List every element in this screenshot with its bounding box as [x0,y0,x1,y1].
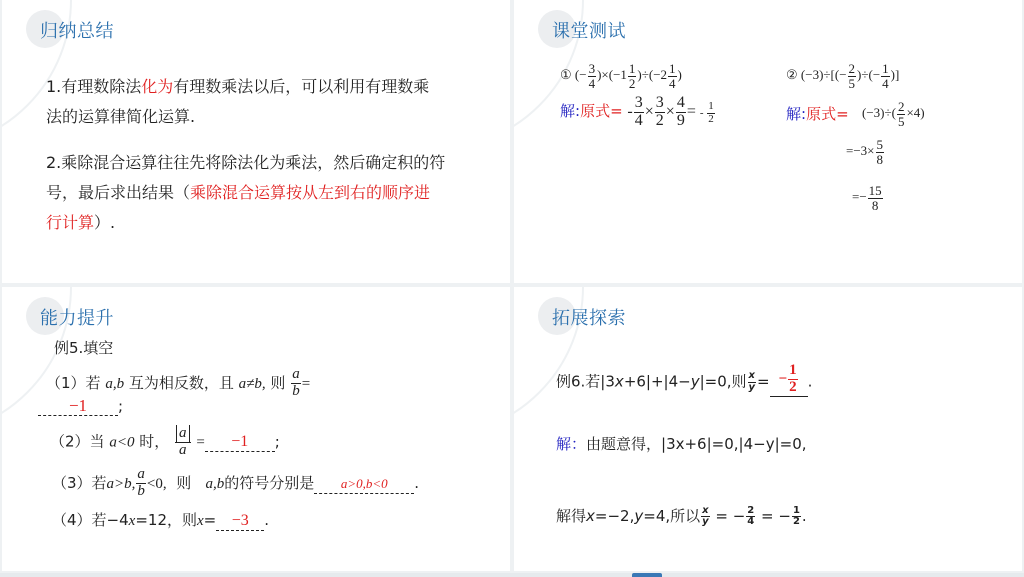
answer-blank: −3 [216,512,264,531]
explore-panel: 拓展探索 例6.若|3x+6|+|4−y|=0,则xy=−12. 解：由题意得，… [514,287,1022,571]
quiz-question-1: ① (−34)×(−112)÷(−214) [560,62,682,90]
ability-item-1-answer: −1; [38,397,123,416]
quiz-solution-2-step-1: (−3)÷(25×4) [862,100,925,128]
quiz-solution-2-step-3: =−158 [852,184,884,212]
answer-blank: −1 [38,397,118,416]
ability-title: 能力提升 [40,304,114,330]
ability-item-2: （2）当 a<0 时， aa =−1; [50,425,280,459]
bottom-accent-tab [632,573,662,577]
quiz-panel: 课堂测试 ① (−34)×(−112)÷(−214) 解:原式= -34×32×… [514,0,1022,283]
highlight-text: 化为 [141,77,173,96]
answer-blank: −12 [770,363,808,397]
summary-point-1: 1.有理数除法化为有理数乘法以后，可以利用有理数乘 法的运算律简化运算. [46,72,486,132]
summary-point-2: 2.乘除混合运算往往先将除法化为乘法，然后确定积的符 号，最后求出结果（乘除混合… [46,148,496,238]
highlight-text: 乘除混合运算按从左到右的顺序进 [190,183,430,202]
ability-panel: 能力提升 例5.填空 （1）若 a,b 互为相反数，且 a≠b, 则 ab= −… [2,287,510,571]
quiz-title: 课堂测试 [552,17,626,43]
quiz-solution-1: 解:原式= -34×32×49= - 12 [560,95,716,130]
answer-blank: −1 [205,433,275,452]
example-5-label: 例5.填空 [54,333,113,363]
quiz-question-2: ② (−3)÷[(−25)÷(−14)] [786,62,899,90]
summary-panel: 归纳总结 1.有理数除法化为有理数乘法以后，可以利用有理数乘 法的运算律简化运算… [2,0,510,283]
quiz-solution-2: 解:原式= [786,103,849,124]
ability-item-1: （1）若 a,b 互为相反数，且 a≠b, 则 ab= [46,367,310,400]
answer-blank: a>0,b<0 [314,475,414,494]
ability-item-4: （4）若−4x=12，则x=−3. [52,507,269,534]
ability-item-3: （3）若a>b,ab<0, 则 a,b的符号分别是a>0,b<0. [52,467,419,500]
explore-title: 拓展探索 [552,304,626,330]
example-6-result: 解得x=−2,y=4,所以xy = −24 = −12. [556,503,807,529]
bottom-strip [0,573,1024,577]
highlight-text: 行计算 [46,213,94,232]
quiz-solution-2-step-2: =−3×58 [846,138,885,166]
example-6-question: 例6.若|3x+6|+|4−y|=0,则xy=−12. [556,367,812,401]
summary-title: 归纳总结 [40,17,114,43]
example-6-solution: 解：由题意得，|3x+6|=0,|4−y|=0, [556,433,807,454]
